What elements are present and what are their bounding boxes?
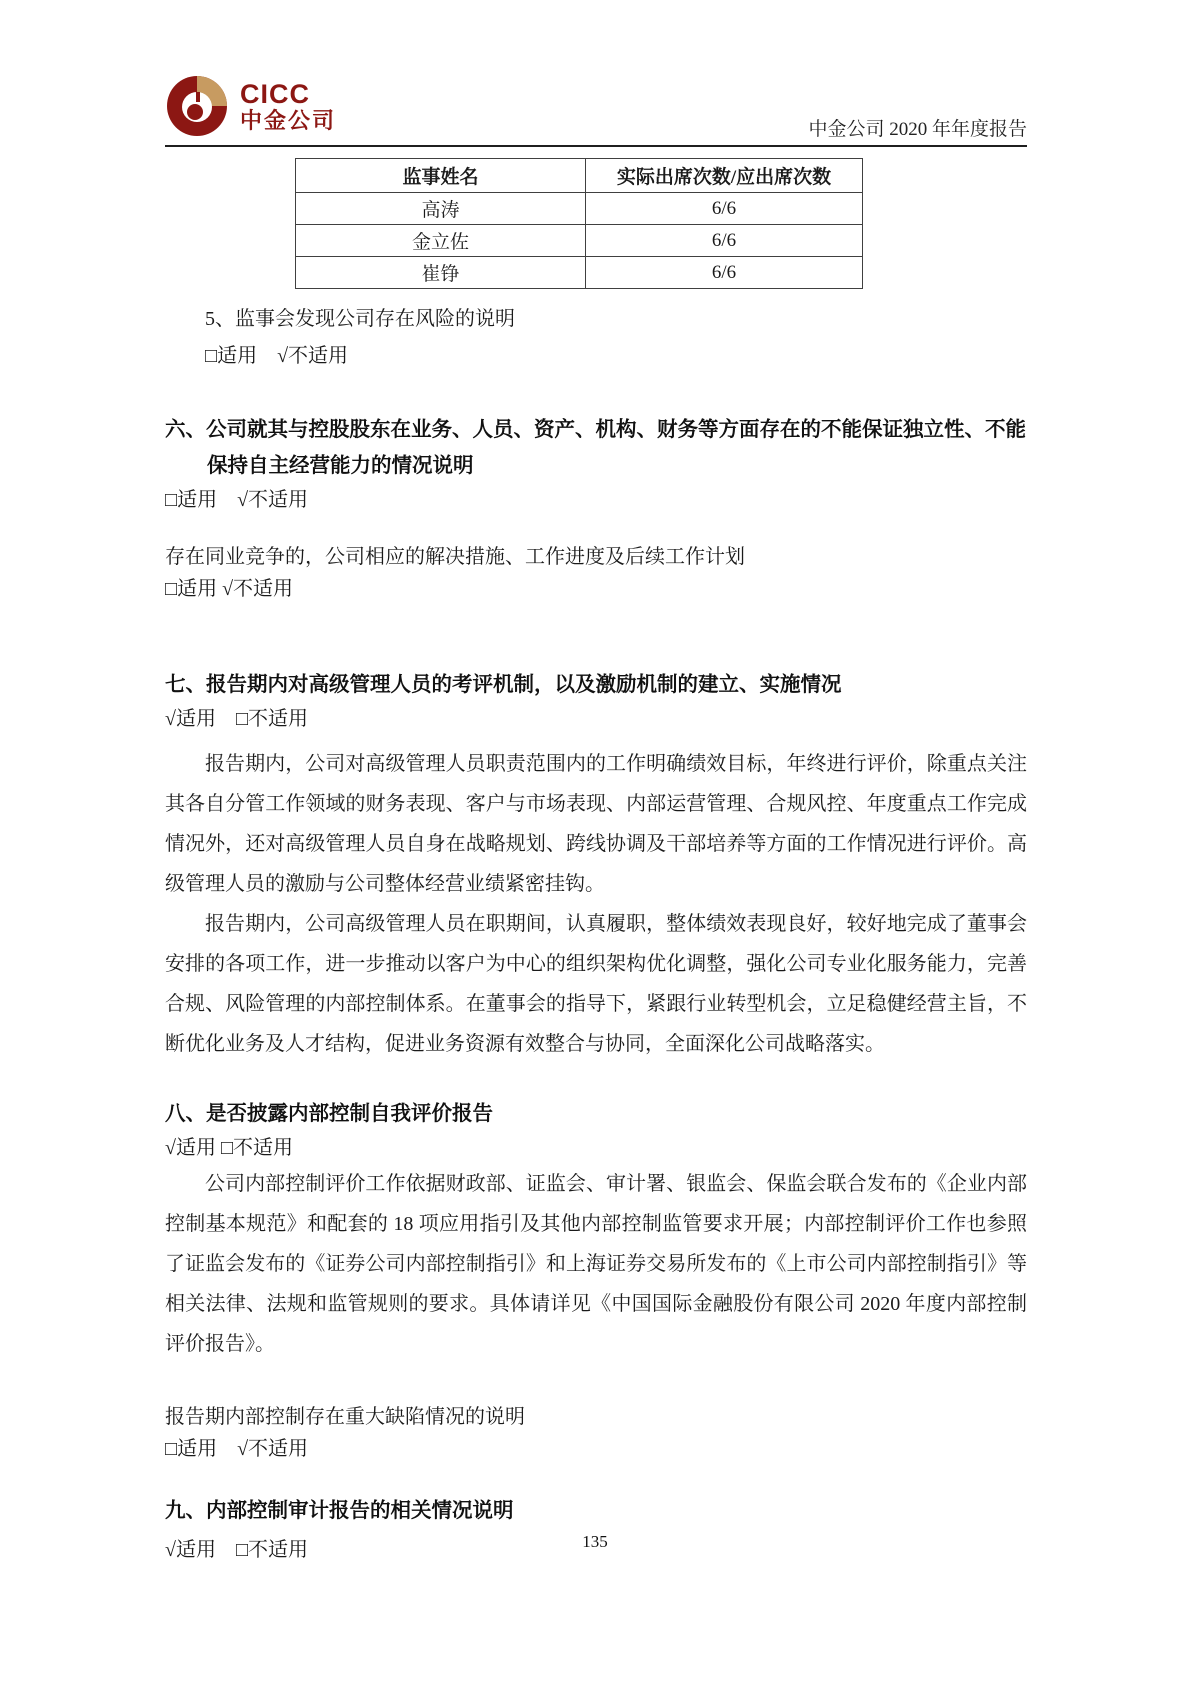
section7-paragraph-2: 报告期内，公司高级管理人员在职期间，认真履职，整体绩效表现良好，较好地完成了董事…	[165, 904, 1027, 1064]
section6-heading: 六、公司就其与控股股东在业务、人员、资产、机构、财务等方面存在的不能保证独立性、…	[165, 412, 1027, 484]
supervisor-name: 金立佐	[296, 225, 586, 257]
page-number: 135	[0, 1532, 1190, 1552]
section6-applicability: □适用 √不适用	[165, 484, 1027, 516]
section6-competition-note: 存在同业竞争的，公司相应的解决措施、工作进度及后续工作计划	[165, 542, 1027, 573]
supervisor-attendance: 6/6	[586, 193, 863, 225]
section8-defect-note: 报告期内部控制存在重大缺陷情况的说明	[165, 1402, 1027, 1433]
supervisor-attendance: 6/6	[586, 257, 863, 289]
table-row: 金立佐 6/6	[296, 225, 863, 257]
report-page: CICC 中金公司 中金公司 2020 年年度报告 监事姓名 实际出席次数/应出…	[0, 0, 1190, 1683]
section6-competition-applicability: □适用 √不适用	[165, 573, 1027, 605]
section7-paragraph-1: 报告期内，公司对高级管理人员职责范围内的工作明确绩效目标，年终进行评价，除重点关…	[165, 744, 1027, 904]
section7-applicability: √适用 □不适用	[165, 703, 1027, 735]
supervisor-name: 高涛	[296, 193, 586, 225]
section8-applicability: √适用 □不适用	[165, 1132, 1027, 1164]
section9-heading: 九、内部控制审计报告的相关情况说明	[165, 1493, 1027, 1529]
item5-applicability: □适用 √不适用	[205, 340, 1027, 372]
logo-text-cn: 中金公司	[240, 109, 336, 132]
cicc-logo: CICC 中金公司	[165, 74, 336, 142]
column-header-attendance: 实际出席次数/应出席次数	[586, 159, 863, 193]
section8-paragraph: 公司内部控制评价工作依据财政部、证监会、审计署、银监会、保监会联合发布的《企业内…	[165, 1164, 1027, 1364]
table-row: 高涛 6/6	[296, 193, 863, 225]
table-header-row: 监事姓名 实际出席次数/应出席次数	[296, 159, 863, 193]
supervisor-attendance: 6/6	[586, 225, 863, 257]
supervisor-attendance-table: 监事姓名 实际出席次数/应出席次数 高涛 6/6 金立佐 6/6 崔铮 6/6	[295, 158, 863, 289]
section8-defect-applicability: □适用 √不适用	[165, 1433, 1027, 1465]
item5-title: 5、监事会发现公司存在风险的说明	[205, 304, 1027, 335]
table-row: 崔铮 6/6	[296, 257, 863, 289]
section8-heading: 八、是否披露内部控制自我评价报告	[165, 1096, 1027, 1132]
page-header: CICC 中金公司 中金公司 2020 年年度报告	[165, 0, 1027, 147]
report-title: 中金公司 2020 年年度报告	[808, 114, 1027, 142]
section7-heading: 七、报告期内对高级管理人员的考评机制，以及激励机制的建立、实施情况	[165, 667, 1027, 703]
cicc-logo-icon	[165, 74, 229, 138]
supervisor-name: 崔铮	[296, 257, 586, 289]
column-header-name: 监事姓名	[296, 159, 586, 193]
cicc-logo-text: CICC 中金公司	[240, 80, 336, 131]
logo-text-en: CICC	[240, 80, 336, 108]
